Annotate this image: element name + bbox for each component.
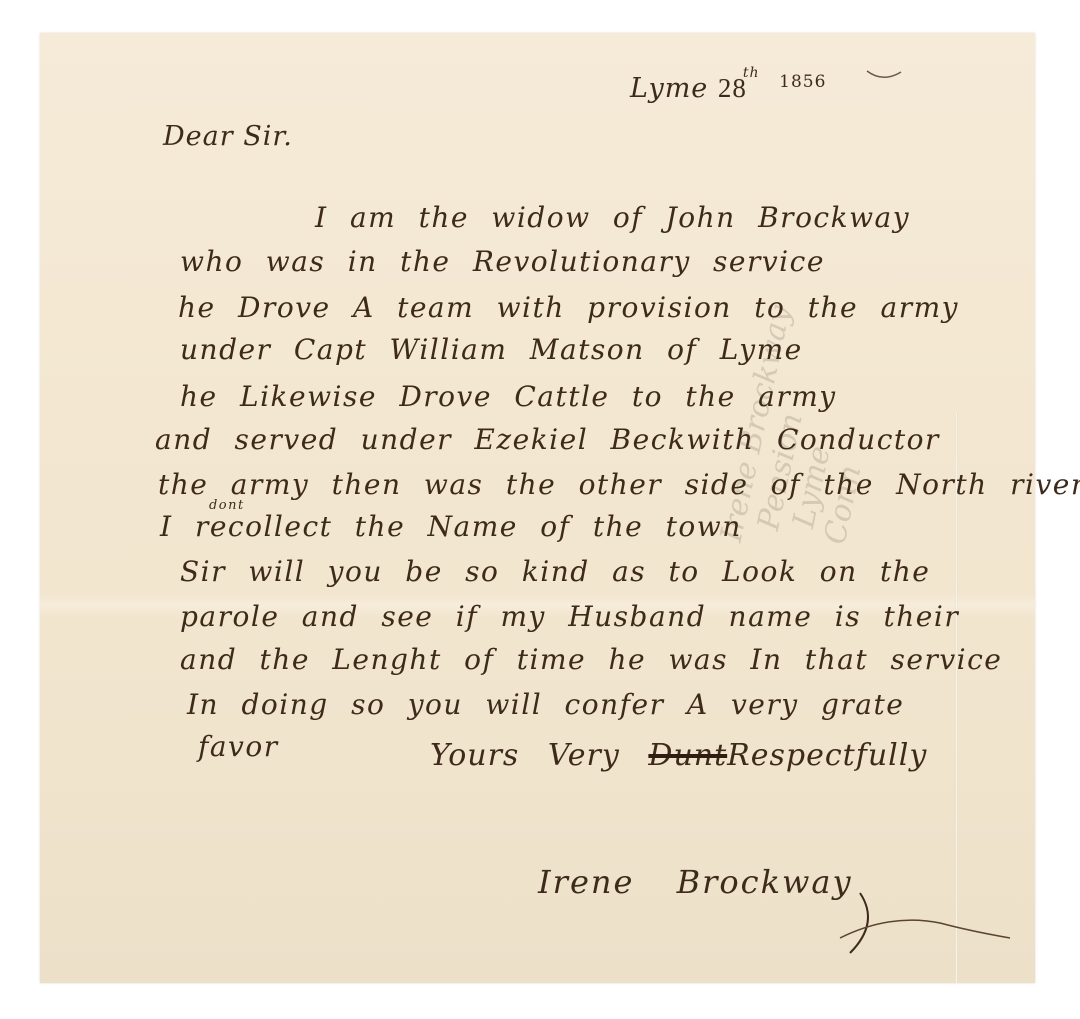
closing-very: Very [548,738,620,773]
letter-line: he Drove A team with provision to the ar… [178,291,959,324]
date-place: Lyme [630,73,708,104]
letter-line: and the Lenght of time he was In that se… [180,643,1002,676]
date-day-suffix: th [743,65,760,81]
letter-line: I dontrecollect the Name of the town [160,510,742,543]
letter-line: who was in the Revolutionary service [180,245,825,278]
letter-line: and served under Ezekiel Beckwith Conduc… [155,423,940,456]
letter-line: under Capt William Matson of Lyme [180,333,803,366]
closing-yours: Yours [430,738,519,773]
letter-paper: Irene Brockway Pension Lyme Conn Lyme 28… [40,33,1035,983]
line-text: recollect the Name of the town [195,510,742,543]
letter-line: I am the widow of John Brockway [315,201,910,234]
letter-line: Sir will you be so kind as to Look on th… [180,555,930,588]
letter-line: the army then was the other side of the … [158,468,1080,501]
struck-word: Dunt [648,738,727,773]
date-year: 1856 [779,72,826,92]
closing: Yours Very DuntRespectfully [430,738,927,773]
closing-respectfully: Respectfully [727,738,927,773]
ink-mark [865,69,905,81]
dateline: Lyme 28th 1856 [630,73,826,104]
letter-line: parole and see if my Husband name is the… [180,600,959,633]
salutation: Dear Sir. [163,121,293,152]
inserted-word: dont [209,498,245,513]
letter-line: In doing so you will confer A very grate [187,688,904,721]
letter-line: he Likewise Drove Cattle to the army [180,380,837,413]
insertion-wrapper: dontrecollect the Name of the town [195,510,742,543]
letter-line: favor [198,730,279,763]
line-prefix: I [160,510,173,543]
signature: Irene Brockway [538,863,853,901]
signature-flourish [820,883,1020,963]
